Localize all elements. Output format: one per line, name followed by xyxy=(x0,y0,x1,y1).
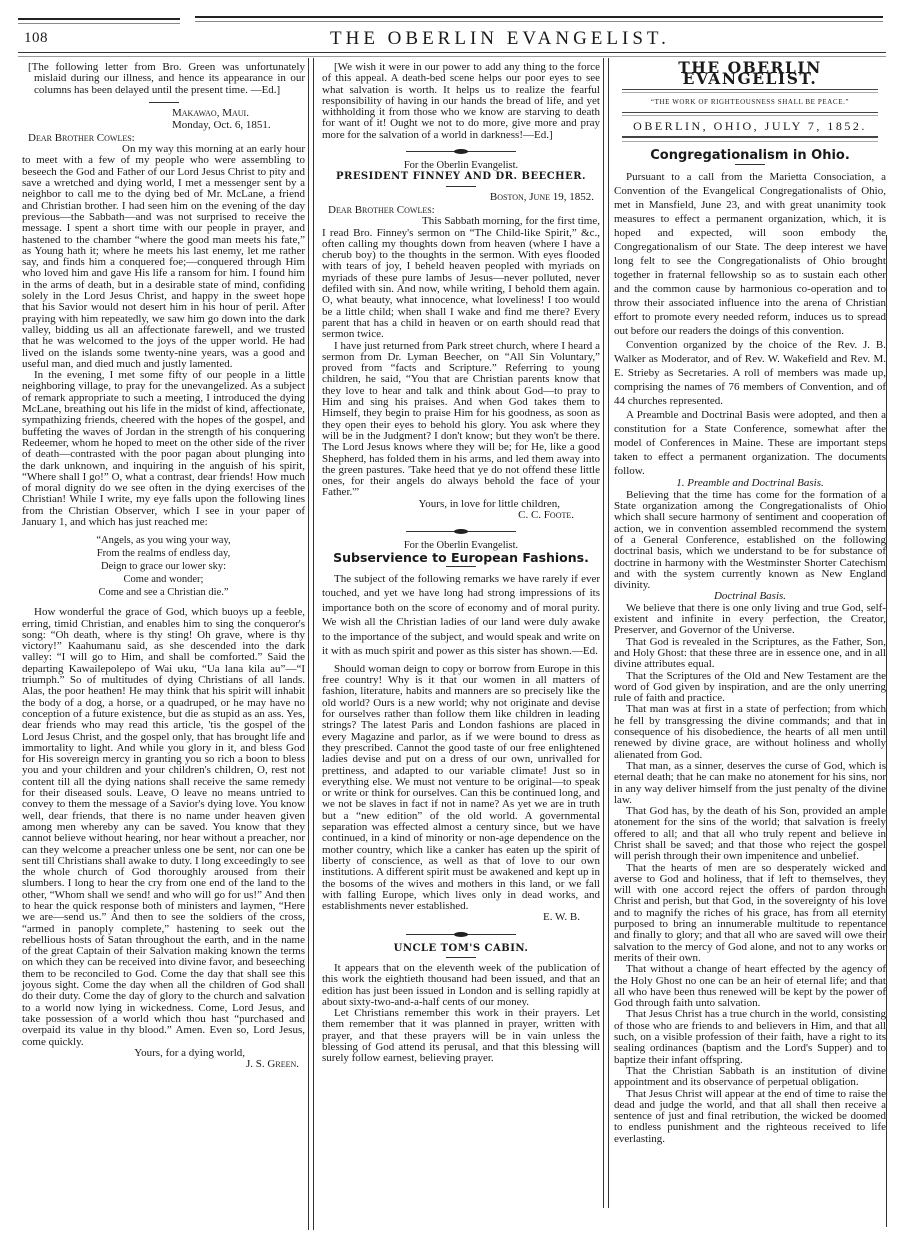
paragraph: On my way this morning at an early hour … xyxy=(22,144,305,370)
doctrine-article: That man, as a sinner, deserves the curs… xyxy=(614,761,886,806)
paragraph: Let Christians remember this work in the… xyxy=(322,1008,600,1064)
paragraph: It appears that on the eleventh week of … xyxy=(322,963,600,1008)
page-number: 108 xyxy=(24,30,48,47)
poem: “Angels, as you wing your way, From the … xyxy=(22,534,305,599)
article-headline: UNCLE TOM'S CABIN. xyxy=(322,943,600,954)
paragraph: Believing that the time has come for the… xyxy=(614,490,886,592)
poem-line: “Angels, as you wing your way, xyxy=(22,534,305,547)
paragraph: In the evening, I met some fifty of our … xyxy=(22,370,305,528)
article-headline: Subservience to European Fashions. xyxy=(322,552,600,563)
doctrine-article: That God is revealed in the Scriptures, … xyxy=(614,637,886,671)
paragraph: This Sabbath morning, for the first time… xyxy=(322,216,600,340)
paragraph: How wonderful the grace of God, which bu… xyxy=(22,607,305,1048)
editor-note: [We wish it were in our power to add any… xyxy=(322,62,600,141)
dateline: Boston, June 19, 1852. xyxy=(322,192,600,203)
doctrine-article: That the hearts of men are so desperatel… xyxy=(614,863,886,965)
signature: E. W. B. xyxy=(322,912,600,923)
issue-date: OBERLIN, OHIO, JULY 7, 1852. xyxy=(614,121,886,132)
short-rule xyxy=(446,186,476,187)
column-divider-3 xyxy=(886,235,887,1227)
doctrine-article: That man was at first in a state of perf… xyxy=(614,704,886,760)
column-1-green-letter: [The following letter from Bro. Green wa… xyxy=(22,62,305,1070)
ornamental-separator xyxy=(406,151,516,152)
paragraph: I have just returned from Park street ch… xyxy=(322,341,600,499)
poem-line: Deign to grace our lower sky: xyxy=(22,560,305,573)
header-rule-right xyxy=(195,16,883,22)
doctrine-article: That Jesus Christ will appear at the end… xyxy=(614,1089,886,1145)
article-headline: Congregationalism in Ohio. xyxy=(614,150,886,161)
editor-intro: The subject of the following remarks we … xyxy=(322,572,600,659)
article-headline: PRESIDENT FINNEY AND DR. BEECHER. xyxy=(322,171,600,182)
doctrine-article: We believe that there is one only living… xyxy=(614,603,886,637)
header-sub-rule xyxy=(18,52,886,57)
signature: C. C. Foote. xyxy=(322,510,600,521)
poem-line: Come and wonder; xyxy=(22,573,305,586)
doctrine-article: That the Scriptures of the Old and New T… xyxy=(614,671,886,705)
short-rule xyxy=(735,164,765,165)
short-rule xyxy=(149,102,179,103)
column-divider-2 xyxy=(603,58,609,1208)
signature: J. S. Green. xyxy=(22,1059,305,1070)
ornamental-separator xyxy=(406,934,516,935)
paragraph: Pursuant to a call from the Marietta Con… xyxy=(614,170,886,338)
for-line: For the Oberlin Evangelist. xyxy=(322,160,600,171)
date-rule xyxy=(622,136,878,142)
running-title: THE OBERLIN EVANGELIST. xyxy=(330,28,670,50)
dateline-place: Makawao, Maui. xyxy=(172,107,305,119)
editor-note: [The following letter from Bro. Green wa… xyxy=(22,62,305,96)
column-3-editorial: THE OBERLIN EVANGELIST. “THE WORK OF RIG… xyxy=(614,62,886,1145)
doctrine-article: That without a change of heart effected … xyxy=(614,964,886,1009)
column-2: [We wish it were in our power to add any… xyxy=(322,62,600,1065)
short-rule xyxy=(446,566,476,567)
header-rule-left xyxy=(18,18,180,24)
poem-line: From the realms of endless day, xyxy=(22,547,305,560)
doctrine-article: That God has, by the death of his Son, p… xyxy=(614,806,886,862)
dateline: Makawao, Maui. Monday, Oct. 6, 1851. xyxy=(172,107,305,131)
doctrine-article: That the Christian Sabbath is an institu… xyxy=(614,1066,886,1089)
motto-rule xyxy=(622,112,878,116)
paragraph: Convention organized by the choice of th… xyxy=(614,338,886,408)
ornamental-separator xyxy=(406,531,516,532)
short-rule xyxy=(446,957,476,958)
poem-line: Come and see a Christian die.” xyxy=(22,586,305,599)
paragraph: Should woman deign to copy or borrow fro… xyxy=(322,664,600,913)
dateline-date: Monday, Oct. 6, 1851. xyxy=(172,119,305,131)
column-divider-1 xyxy=(308,58,314,1230)
paragraph: A Preamble and Doctrinal Basis were adop… xyxy=(614,408,886,478)
masthead-rule xyxy=(622,89,878,93)
masthead: THE OBERLIN EVANGELIST. xyxy=(614,62,886,85)
motto: “THE WORK OF RIGHTEOUSNESS SHALL BE PEAC… xyxy=(614,97,886,108)
doctrine-article: That Jesus Christ has a true church in t… xyxy=(614,1009,886,1065)
